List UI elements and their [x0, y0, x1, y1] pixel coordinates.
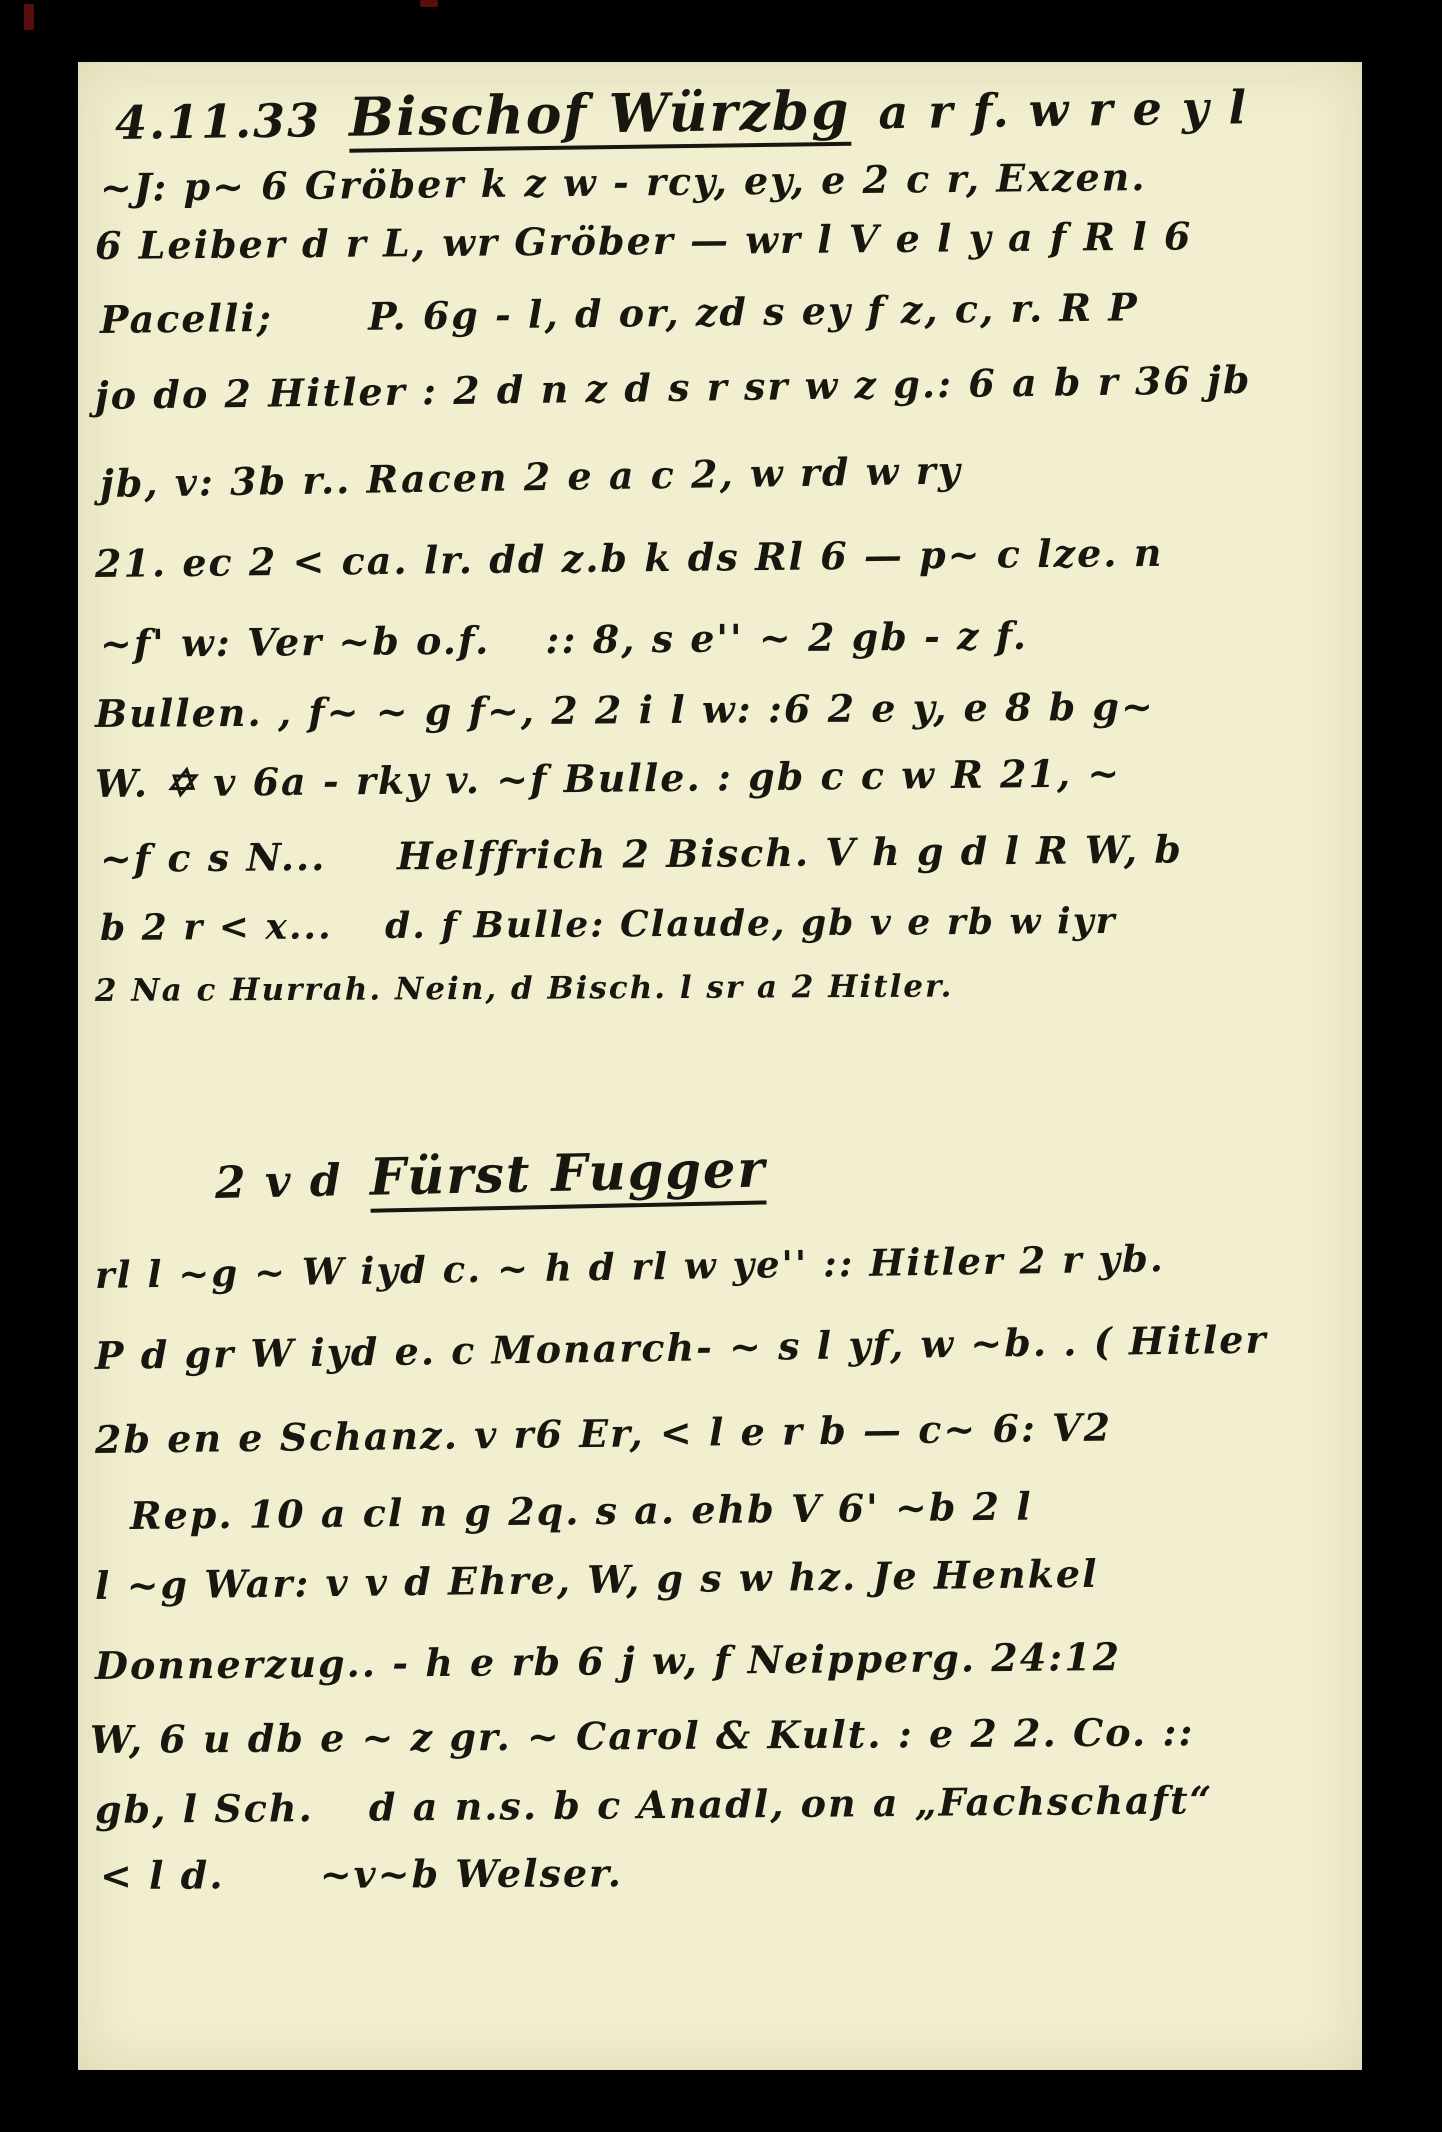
shorthand-text: gb, l Sch. [95, 1786, 314, 1832]
shorthand-text: Donnerzug.. - h e rb 6 j w, f [95, 1638, 733, 1687]
shorthand-text: 24:12 [991, 1635, 1121, 1680]
shorthand-text: 2 Bisch. V h g d l R W, b [622, 828, 1183, 877]
shorthand-text: jb, v: 3b r.. [100, 458, 352, 506]
handwritten-line: Pacelli; P. 6g - l, d or, zd s ey f z, c… [100, 285, 1139, 341]
handwritten-line: jb, v: 3b r.. Racen 2 e a c 2, w rd w ry [100, 448, 962, 505]
shorthand-text: d. f [347, 905, 459, 947]
shorthand-text: 10 a cl n g 2q. s a. ehb V 6' ~b 2 l [249, 1485, 1033, 1537]
shorthand-text: — wr l V e l y a f R l 6 [690, 214, 1193, 262]
handwritten-line: l ~g War: v v d Ehre, W, g s w hz. Je He… [95, 1552, 1099, 1608]
shorthand-text: b 2 r < x... [100, 906, 333, 949]
handwritten-line: W. ✡ v 6a - rky v. ~f Bulle. : gb c c w … [95, 751, 1122, 805]
shorthand-text: 6 [95, 224, 124, 268]
shorthand-text: P. 6g - l, d or, zd s ey f z, c, r. R P [288, 285, 1139, 339]
shorthand-text: < l d. [100, 1853, 225, 1897]
shorthand-text: Welser. [455, 1851, 623, 1896]
shorthand-text: 2 r yb. [1019, 1237, 1165, 1282]
shorthand-text: Bulle: [473, 904, 605, 946]
handwritten-line: gb, l Sch. d a n.s. b c Anadl, on a „Fac… [95, 1778, 1214, 1831]
shorthand-text: :: 8, s e'' ~ 2 gb - z f. [505, 614, 1028, 662]
shorthand-text: , f~ ~ g f~, 2 2 i l w: :6 2 e y, e 8 b … [278, 685, 1155, 735]
shorthand-text: on a „Fachschaft“ [800, 1778, 1213, 1825]
shorthand-text: 4.11.33 [115, 94, 322, 150]
shorthand-text: Anadl, [637, 1782, 785, 1827]
shorthand-text: W. ✡ v 6a - rky v. ~f [95, 757, 549, 805]
shorthand-text: Bullen. [95, 691, 263, 736]
notecard: 4.11.33 Bischof Würzbg a r f. w r e y l … [78, 62, 1362, 2070]
shorthand-text: 2 v d [214, 1156, 343, 1209]
shorthand-text: Helffrich [397, 833, 608, 879]
handwritten-line: 2 v d Fürst Fugger [214, 1140, 777, 1215]
shorthand-text: Pacelli; [100, 296, 273, 342]
handwritten-line: 2 Na c Hurrah. Nein, d Bisch. l sr a 2 H… [95, 970, 954, 1010]
shorthand-text: Hurrah. [230, 972, 382, 1008]
shorthand-text: Hitler [1129, 1318, 1268, 1364]
shorthand-text: ~v~b [240, 1852, 441, 1897]
shorthand-text: : 2 d n z d s r sr w z g.: 6 a b r 36 jb [422, 358, 1252, 413]
photo-background: 4.11.33 Bischof Würzbg a r f. w r e y l … [0, 0, 1442, 2132]
shorthand-text: Claude, gb v e rb w iyr [620, 901, 1117, 946]
shorthand-text: Monarch- [491, 1325, 714, 1372]
film-edge-mark [420, 0, 438, 7]
handwritten-line: W, 6 u db e ~ z gr. ~ Carol & Kult. : e … [90, 1710, 1195, 1761]
handwritten-line: rl l ~g ~ W iyd c. ~ h d rl w ye'' :: Hi… [95, 1237, 1165, 1296]
shorthand-text: Schanz. [279, 1414, 459, 1460]
handwritten-line: 21. ec 2 < ca. lr. dd z.b k ds Rl 6 — p~… [95, 531, 1164, 586]
shorthand-text: Hitler [869, 1240, 1005, 1285]
shorthand-text: Nein, d Bisch. l sr a 2 [395, 970, 816, 1008]
film-edge-mark [24, 4, 34, 30]
shorthand-text: Bulle. [563, 756, 701, 801]
shorthand-text: ~J: p~ 6 [100, 164, 290, 210]
shorthand-text: jo do 2 [95, 372, 254, 418]
shorthand-text: a r f. w r e y l [878, 81, 1248, 139]
handwritten-line: Donnerzug.. - h e rb 6 j w, f Neipperg. … [95, 1635, 1121, 1688]
shorthand-text: v r6 Er, < l e r b — c~ 6: V2 [474, 1406, 1112, 1457]
shorthand-text: Neipperg. [747, 1636, 976, 1682]
shorthand-text: Carol & Kult. [576, 1712, 883, 1758]
shorthand-text: ~f' w: Ver ~b o.f. [100, 619, 491, 666]
handwritten-line: b 2 r < x... d. f Bulle: Claude, gb v e … [100, 901, 1117, 949]
shorthand-text: Racen [366, 456, 509, 502]
shorthand-text: : e 2 2. Co. :: [898, 1710, 1195, 1756]
shorthand-text: Hitler. [828, 970, 953, 1006]
handwritten-line: 4.11.33 Bischof Würzbg a r f. w r e y l [115, 74, 1249, 156]
handwritten-line: < l d. ~v~b Welser. [100, 1851, 623, 1897]
handwritten-line: P d gr W iyd e. c Monarch- ~ s l yf, w ~… [95, 1318, 1268, 1378]
handwritten-line: ~f' w: Ver ~b o.f. :: 8, s e'' ~ 2 gb - … [100, 614, 1028, 666]
handwritten-line: 6 Leiber d r L, wr Gröber — wr l V e l y… [95, 214, 1193, 267]
shorthand-text: d r L, wr [302, 220, 499, 265]
shorthand-text: k z w - rcy, ey, e 2 c r, Exzen. [480, 155, 1146, 206]
shorthand-text: Hitler [268, 370, 407, 416]
handwritten-line: jo do 2 Hitler : 2 d n z d s r sr w z g.… [95, 358, 1252, 418]
shorthand-text: ~ s l yf, w ~b. . ( [729, 1320, 1114, 1369]
handwritten-line: ~f c s N... Helffrich 2 Bisch. V h g d l… [100, 828, 1183, 881]
shorthand-text: Gröber [514, 219, 675, 264]
shorthand-text: P d gr W iyd e. c [95, 1329, 477, 1378]
shorthand-text: 2 Na c [95, 973, 218, 1009]
shorthand-text: 2b en e [95, 1416, 265, 1462]
shorthand-text: Henkel [934, 1552, 1099, 1598]
handwritten-line: Rep. 10 a cl n g 2q. s a. ehb V 6' ~b 2 … [130, 1485, 1033, 1538]
shorthand-text: : gb c c w R 21, ~ [717, 751, 1122, 799]
shorthand-text: Ehre, [448, 1558, 573, 1603]
shorthand-text: d a n.s. b c [329, 1783, 623, 1829]
handwritten-line: 2b en e Schanz. v r6 Er, < l e r b — c~ … [95, 1406, 1113, 1462]
shorthand-text: Gröber [305, 162, 466, 207]
shorthand-text: Leiber [138, 222, 286, 267]
shorthand-text: l ~g War: v v d [95, 1560, 433, 1608]
shorthand-text: Rep. [130, 1493, 234, 1538]
shorthand-text: ~f c s N... [100, 835, 327, 881]
handwritten-line: Bullen. , f~ ~ g f~, 2 2 i l w: :6 2 e y… [95, 685, 1155, 736]
shorthand-text: 2 e a c 2, w rd w ry [523, 448, 962, 499]
shorthand-text: W, g s w hz. Je [587, 1554, 919, 1602]
shorthand-text: W, 6 u db e ~ z gr. ~ [90, 1715, 561, 1762]
underlined-heading: Bischof Würzbg [349, 80, 851, 153]
shorthand-text [341, 835, 381, 879]
underlined-heading: Fürst Fugger [369, 1140, 767, 1212]
shorthand-text: rl l ~g ~ W iyd c. ~ h d rl w ye'' :: [95, 1242, 855, 1296]
handwritten-line: ~J: p~ 6 Gröber k z w - rcy, ey, e 2 c r… [100, 155, 1147, 210]
shorthand-text: 21. ec 2 < ca. lr. dd z.b k ds Rl 6 — p~… [95, 531, 1164, 586]
